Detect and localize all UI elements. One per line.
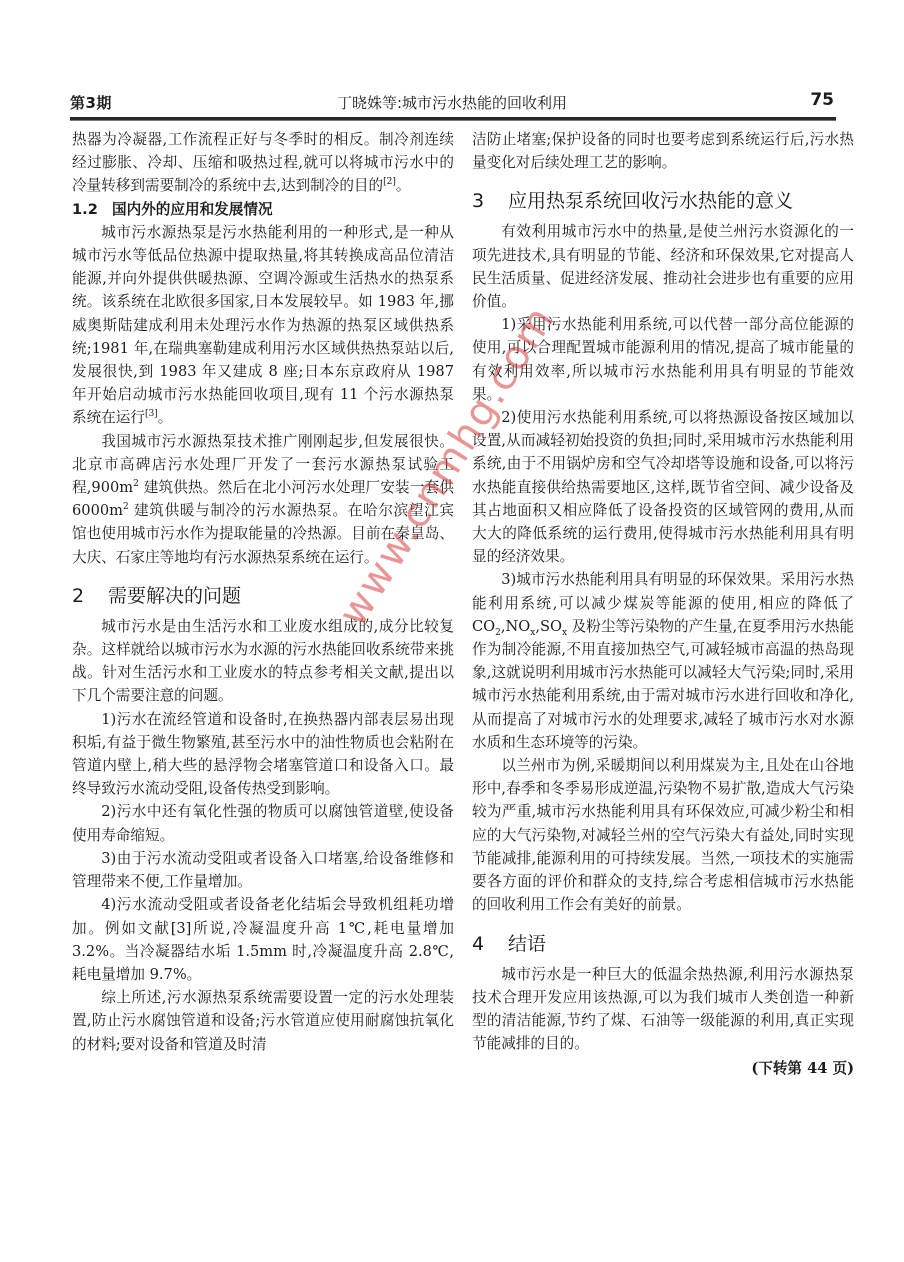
paragraph-intro: 热器为冷凝器,工作流程正好与冬季时的相反。制冷剂连续经过膨胀、冷却、压缩和吸热过… xyxy=(72,128,454,198)
section-number: 1.2 xyxy=(72,198,112,221)
paragraph-continued: 洁防止堵塞;保护设备的同时也要考虑到系统运行后,污水热量变化对后续处理工艺的影响… xyxy=(472,128,854,174)
right-column: 洁防止堵塞;保护设备的同时也要考虑到系统运行后,污水热量变化对后续处理工艺的影响… xyxy=(472,128,854,1081)
section-title: 需要解决的问题 xyxy=(108,585,241,607)
section-heading-2: 2需要解决的问题 xyxy=(72,581,454,611)
paragraph: 以兰州市为例,采暖期间以利用煤炭为主,且处在山谷地形中,春季和冬季易形成逆温,污… xyxy=(472,754,854,916)
paragraph-text: ,SO xyxy=(535,618,562,635)
citation: [2] xyxy=(383,178,396,188)
list-item: 4)污水流动受阻或者设备老化结垢会导致机组耗功增加。例如文献[3]所说,冷凝温度… xyxy=(72,893,454,986)
section-number: 2 xyxy=(72,581,108,611)
section-title: 结语 xyxy=(508,933,546,955)
section-title: 应用热泵系统回收污水热能的意义 xyxy=(508,190,793,212)
section-title: 国内外的应用和发展情况 xyxy=(112,201,273,218)
section-number: 4 xyxy=(472,929,508,959)
page-number: 75 xyxy=(810,90,834,110)
paragraph: 我国城市污水源热泵技术推广刚刚起步,但发展很快。北京市高碑店污水处理厂开发了一套… xyxy=(72,430,454,569)
section-heading-3: 3应用热泵系统回收污水热能的意义 xyxy=(472,186,854,216)
paragraph: 综上所述,污水源热泵系统需要设置一定的污水处理装置,防止污水腐蚀管道和设备;污水… xyxy=(72,986,454,1056)
section-heading-1-2: 1.2国内外的应用和发展情况 xyxy=(72,198,454,221)
list-item: 3)城市污水热能利用具有明显的环保效果。采用污水热能利用系统,可以减少煤炭等能源… xyxy=(472,568,854,754)
paragraph-text: 城市污水源热泵是污水热能利用的一种形式,是一种从城市污水等低品位热源中提取热量,… xyxy=(72,224,454,427)
running-title: 丁晓姝等:城市污水热能的回收利用 xyxy=(70,92,834,113)
paragraph: 城市污水是一种巨大的低温余热热源,利用污水源热泵技术合理开发应用该热源,可以为我… xyxy=(472,963,854,1056)
continued-note: (下转第 44 页) xyxy=(472,1057,854,1080)
list-item: 3)由于污水流动受阻或者设备入口堵塞,给设备维修和管理带来不便,工作量增加。 xyxy=(72,847,454,893)
list-item: 1)采用污水热能利用系统,可以代替一部分高位能源的使用,可以合理配置城市能源利用… xyxy=(472,313,854,406)
paragraph: 有效利用城市污水中的热量,是使兰州污水资源化的一项先进技术,具有明显的节能、经济… xyxy=(472,220,854,313)
paragraph-text: 。 xyxy=(396,177,411,194)
paragraph: 城市污水是由生活污水和工业废水组成的,成分比较复杂。这样就给以城市污水为水源的污… xyxy=(72,615,454,708)
list-item: 2)使用污水热能利用系统,可以将热源设备按区域加以设置,从而减轻初始投资的负担;… xyxy=(472,406,854,568)
left-column: 热器为冷凝器,工作流程正好与冬季时的相反。制冷剂连续经过膨胀、冷却、压缩和吸热过… xyxy=(72,128,454,1056)
paragraph-text: 及粉尘等污染物的产生量,在夏季用污水热能作为制冷能源,不用直接加热空气,可减轻城… xyxy=(472,618,854,751)
section-heading-4: 4结语 xyxy=(472,929,854,959)
section-number: 3 xyxy=(472,186,508,216)
paragraph-text: 。 xyxy=(158,409,173,426)
page-header: 第3期 丁晓姝等:城市污水热能的回收利用 75 xyxy=(70,90,834,114)
list-item: 2)污水中还有氧化性强的物质可以腐蚀管道壁,使设备使用寿命缩短。 xyxy=(72,800,454,846)
header-rule xyxy=(70,117,836,121)
paragraph: 城市污水源热泵是污水热能利用的一种形式,是一种从城市污水等低品位热源中提取热量,… xyxy=(72,221,454,430)
list-item: 1)污水在流经管道和设备时,在换热器内部表层易出现积垢,有益于微生物繁殖,甚至污… xyxy=(72,708,454,801)
paragraph-text: ,NO xyxy=(501,618,530,635)
paragraph-text: 建筑供暖与制冷的污水源热泵。在哈尔滨望江宾馆也使用城市污水作为提取能量的冷热源。… xyxy=(72,502,454,565)
citation: [3] xyxy=(145,410,158,420)
